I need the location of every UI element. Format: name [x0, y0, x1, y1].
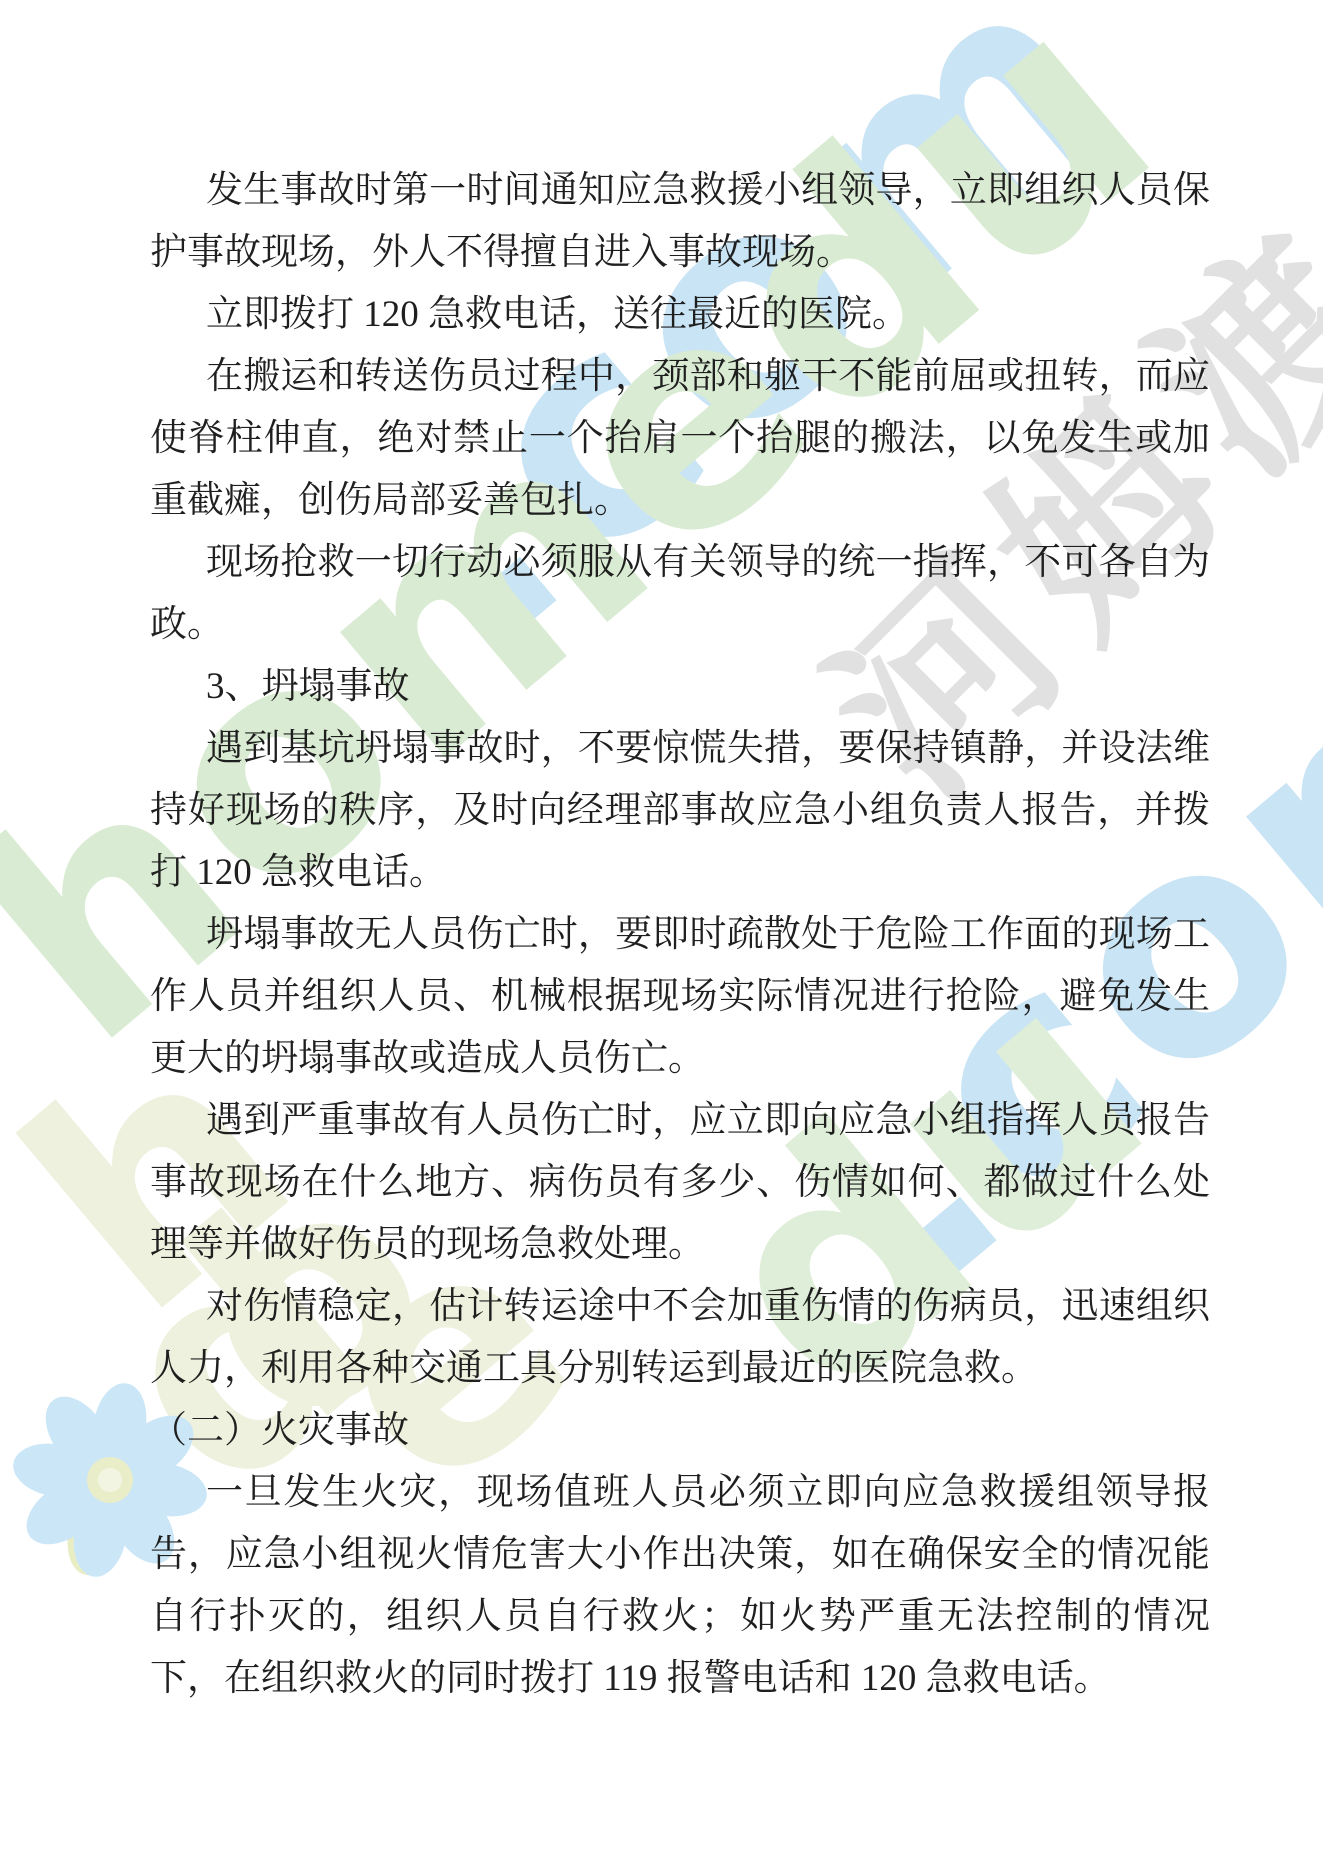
section-heading: 3、坍塌事故 [150, 656, 1210, 718]
paragraph: 遇到严重事故有人员伤亡时，应立即向应急小组指挥人员报告事故现场在什么地方、病伤员… [150, 1090, 1210, 1276]
document-body: 发生事故时第一时间通知应急救援小组领导，立即组织人员保护事故现场，外人不得擅自进… [150, 160, 1210, 1710]
paragraph: 现场抢救一切行动必须服从有关领导的统一指挥，不可各自为政。 [150, 532, 1210, 656]
flower-leaf [59, 1483, 134, 1580]
paragraph: 发生事故时第一时间通知应急救援小组领导，立即组织人员保护事故现场，外人不得擅自进… [150, 160, 1210, 284]
flower-center [87, 1457, 133, 1503]
paragraph: 一旦发生火灾，现场值班人员必须立即向应急救援组领导报告，应急小组视火情危害大小作… [150, 1462, 1210, 1710]
document-page: .comdueodh河姆渡.comhomedu 发生事故时第一时间通知应急救援小… [0, 0, 1323, 1871]
paragraph: 坍塌事故无人员伤亡时，要即时疏散处于危险工作面的现场工作人员并组织人员、机械根据… [150, 904, 1210, 1090]
paragraph: 在搬运和转送伤员过程中，颈部和躯干不能前屈或扭转，而应使脊柱伸直，绝对禁止一个抬… [150, 346, 1210, 532]
paragraph: 立即拨打 120 急救电话，送往最近的医院。 [150, 284, 1210, 346]
section-heading: （二）火灾事故 [150, 1400, 1210, 1462]
paragraph: 遇到基坑坍塌事故时，不要惊慌失措，要保持镇静，并设法维持好现场的秩序，及时向经理… [150, 718, 1210, 904]
paragraph: 对伤情稳定，估计转运途中不会加重伤情的伤病员，迅速组织人力，利用各种交通工具分别… [150, 1276, 1210, 1400]
flower-center-inner [98, 1468, 122, 1492]
